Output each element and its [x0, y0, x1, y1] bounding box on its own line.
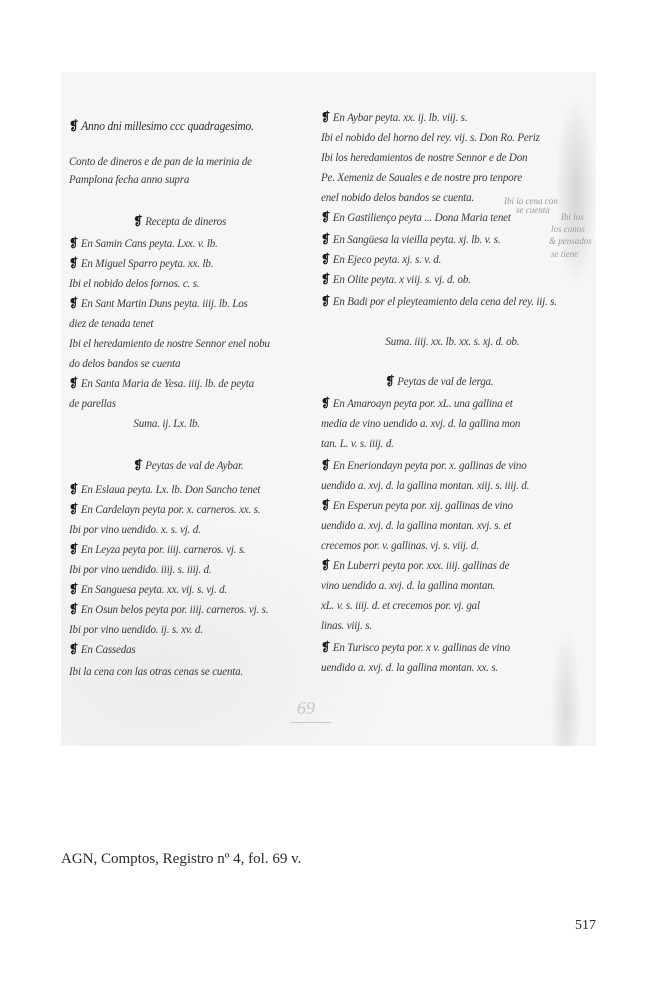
manuscript-line: uendido a. xvj. d. la gallina montan. xv… — [321, 518, 511, 533]
pilcrow-icon: ❡ — [69, 376, 78, 390]
manuscript-line-text: uendido a. xvj. d. la gallina montan. xi… — [321, 478, 529, 492]
manuscript-line: Ibi por vino uendido. x. s. vj. d. — [69, 522, 201, 537]
pilcrow-icon: ❡ — [69, 256, 78, 270]
manuscript-line: enel nobido delos bandos se cuenta. — [321, 190, 474, 205]
pilcrow-icon: ❡ — [69, 236, 78, 250]
pilcrow-icon: ❡ — [321, 640, 330, 654]
pilcrow-icon: ❡ — [321, 558, 330, 572]
manuscript-line: ❡En Turisco peyta por. x v. gallinas de … — [321, 640, 510, 655]
manuscript-line-text: do delos bandos se cuenta — [69, 356, 180, 370]
manuscript-line-text: enel nobido delos bandos se cuenta. — [321, 190, 474, 204]
manuscript-line: ❡Recepta de dineros — [69, 214, 226, 229]
manuscript-line-text: En Leyza peyta por. iiij. carneros. vj. … — [81, 542, 246, 556]
manuscript-line-text: Suma. iiij. xx. lb. xx. s. xj. d. ob. — [385, 334, 519, 348]
manuscript-line-text: Ibi por vino uendido. ij. s. xv. d. — [69, 622, 203, 636]
manuscript-line-text: Ibi por vino uendido. iiij. s. iiij. d. — [69, 562, 211, 576]
manuscript-line-text: En Badi por el pleyteamiento dela cena d… — [333, 294, 557, 308]
manuscript-line: uendido a. xvj. d. la gallina montan. xi… — [321, 478, 529, 493]
manuscript-line: Pamplona fecha anno supra — [69, 172, 189, 187]
manuscript-line: ❡En Eneriondayn peyta por. x. gallinas d… — [321, 458, 527, 473]
manuscript-line: Ibi el nobido del horno del rey. vij. s.… — [321, 130, 540, 145]
manuscript-line-text: En Osun belos peyta por. iiij. carneros.… — [81, 602, 269, 616]
pilcrow-icon: ❡ — [69, 582, 78, 596]
manuscript-line-text: En Aybar peyta. xx. ij. lb. viij. s. — [333, 110, 468, 124]
manuscript-line-text: Ibi el heredamiento de nostre Sennor ene… — [69, 336, 270, 350]
manuscript-line-text: En Samin Cans peyta. Lxx. v. lb. — [81, 236, 218, 250]
pilcrow-icon: ❡ — [69, 542, 78, 556]
manuscript-line: ❡En Sangüesa la vieilla peyta. xj. lb. v… — [321, 232, 500, 247]
manuscript-line: ❡En Leyza peyta por. iiij. carneros. vj.… — [69, 542, 246, 557]
manuscript-line-text: En Amaroayn peyta por. xL. una gallina e… — [333, 396, 513, 410]
manuscript-line: ❡En Eslaua peyta. Lx. lb. Don Sancho ten… — [69, 482, 260, 497]
manuscript-line: de parellas — [69, 396, 116, 411]
manuscript-line-text: En Eneriondayn peyta por. x. gallinas de… — [333, 458, 527, 472]
pilcrow-icon: ❡ — [321, 210, 330, 224]
pilcrow-icon: ❡ — [133, 214, 142, 228]
manuscript-line-text: Ibi los heredamientos de nostre Sennor e… — [321, 150, 527, 164]
pilcrow-icon: ❡ — [133, 458, 142, 472]
pilcrow-icon: ❡ — [321, 232, 330, 246]
manuscript-line: ❡En Cassedas — [69, 642, 136, 657]
manuscript-line: crecemos por. v. gallinas. vj. s. viij. … — [321, 538, 479, 553]
manuscript-line-text: En Olite peyta. x viij. s. vj. d. ob. — [333, 272, 471, 286]
manuscript-line-text: Suma. ij. Lx. lb. — [133, 416, 199, 430]
manuscript-line: ❡Anno dni millesimo ccc quadragesimo. — [69, 118, 254, 134]
manuscript-line-text: En Cassedas — [81, 642, 136, 656]
manuscript-line: Ibi el nobido delos fornos. c. s. — [69, 276, 199, 291]
manuscript-line-text: uendido a. xvj. d. la gallina montan. xx… — [321, 660, 498, 674]
manuscript-line: ❡En Esperun peyta por. xij. gallinas de … — [321, 498, 513, 513]
pilcrow-icon: ❡ — [321, 110, 330, 124]
manuscript-line-text: Pe. Xemeniz de Sauales e de nostre pro t… — [321, 170, 522, 184]
manuscript-line: Ibi por vino uendido. iiij. s. iiij. d. — [69, 562, 211, 577]
manuscript-line: Ibi la cena con las otras cenas se cuent… — [69, 664, 243, 679]
manuscript-line-text: tan. L. v. s. iiij. d. — [321, 436, 394, 450]
manuscript-line-text: En Santa Maria de Yesa. iiij. lb. de pey… — [81, 376, 254, 390]
pilcrow-icon: ❡ — [321, 294, 330, 308]
manuscript-line-text: de parellas — [69, 396, 116, 410]
manuscript-line: ❡En Olite peyta. x viij. s. vj. d. ob. — [321, 272, 471, 287]
manuscript-line-text: vino uendido a. xvj. d. la gallina monta… — [321, 578, 495, 592]
manuscript-line-text: Ibi por vino uendido. x. s. vj. d. — [69, 522, 201, 536]
manuscript-line-text: En Miguel Sparro peyta. xx. lb. — [81, 256, 213, 270]
manuscript-line: xL. v. s. iiij. d. et crecemos por. vj. … — [321, 598, 480, 613]
manuscript-line: linas. viij. s. — [321, 618, 372, 633]
manuscript-line-text: Recepta de dineros — [145, 214, 226, 228]
pilcrow-icon: ❡ — [69, 642, 78, 656]
manuscript-line-text: En Esperun peyta por. xij. gallinas de v… — [333, 498, 513, 512]
manuscript-line-text: uendido a. xvj. d. la gallina montan. xv… — [321, 518, 511, 532]
pilcrow-icon: ❡ — [321, 396, 330, 410]
manuscript-line: ❡En Aybar peyta. xx. ij. lb. viij. s. — [321, 110, 467, 125]
manuscript-line: ❡En Santa Maria de Yesa. iiij. lb. de pe… — [69, 376, 254, 391]
manuscript-line: do delos bandos se cuenta — [69, 356, 180, 371]
manuscript-line: ❡En Osun belos peyta por. iiij. carneros… — [69, 602, 268, 617]
pilcrow-icon: ❡ — [321, 252, 330, 266]
margin-note: los conos — [551, 224, 585, 235]
pilcrow-icon: ❡ — [69, 296, 78, 310]
pilcrow-icon: ❡ — [385, 374, 394, 388]
manuscript-line: ❡Peytas de val de Aybar. — [69, 458, 244, 473]
manuscript-line: Suma. iiij. xx. lb. xx. s. xj. d. ob. — [321, 334, 519, 349]
manuscript-line: ❡En Amaroayn peyta por. xL. una gallina … — [321, 396, 513, 411]
manuscript-line: Suma. ij. Lx. lb. — [69, 416, 200, 431]
manuscript-line: ❡En Luberri peyta por. xxx. iiij. gallin… — [321, 558, 509, 573]
manuscript-line-text: Pamplona fecha anno supra — [69, 172, 189, 186]
manuscript-line: uendido a. xvj. d. la gallina montan. xx… — [321, 660, 498, 675]
manuscript-line: Ibi por vino uendido. ij. s. xv. d. — [69, 622, 203, 637]
manuscript-line: ❡En Gastilienço peyta ... Dona Maria ten… — [321, 210, 511, 225]
manuscript-line: tan. L. v. s. iiij. d. — [321, 436, 394, 451]
manuscript-line: Conto de dineros e de pan de la merinia … — [69, 154, 252, 169]
manuscript-line-text: Conto de dineros e de pan de la merinia … — [69, 154, 252, 168]
manuscript-line: ❡En Sant Martin Duns peyta. iiij. lb. Lo… — [69, 296, 248, 311]
margin-note: & pensados — [549, 236, 592, 247]
margin-note: se cuenta — [516, 205, 550, 216]
figure-caption: AGN, Comptos, Registro nº 4, fol. 69 v. — [61, 851, 301, 868]
margin-note: se tiene — [551, 249, 578, 260]
manuscript-line: Pe. Xemeniz de Sauales e de nostre pro t… — [321, 170, 522, 185]
manuscript-line-text: En Sanguesa peyta. xx. vij. s. vj. d. — [81, 582, 227, 596]
pilcrow-icon: ❡ — [321, 498, 330, 512]
manuscript-line-text: Peytas de val de Aybar. — [145, 458, 243, 472]
pilcrow-icon: ❡ — [69, 502, 78, 516]
manuscript-line: ❡En Miguel Sparro peyta. xx. lb. — [69, 256, 213, 271]
manuscript-line-text: Anno dni millesimo ccc quadragesimo. — [81, 119, 254, 133]
manuscript-line: ❡En Samin Cans peyta. Lxx. v. lb. — [69, 236, 218, 251]
manuscript-image: ❡Anno dni millesimo ccc quadragesimo.Con… — [61, 72, 596, 746]
manuscript-line-text: En Turisco peyta por. x v. gallinas de v… — [333, 640, 510, 654]
manuscript-line: ❡En Ejeco peyta. xj. s. v. d. — [321, 252, 441, 267]
manuscript-line-text: diez de tenada tenet — [69, 316, 153, 330]
folio-underline — [291, 722, 331, 723]
manuscript-line: Ibi el heredamiento de nostre Sennor ene… — [69, 336, 270, 351]
manuscript-line: Ibi los heredamientos de nostre Sennor e… — [321, 150, 527, 165]
manuscript-line-text: Ibi el nobido del horno del rey. vij. s.… — [321, 130, 540, 144]
manuscript-line-text: Ibi la cena con las otras cenas se cuent… — [69, 664, 243, 678]
pilcrow-icon: ❡ — [69, 602, 78, 616]
manuscript-line-text: Ibi el nobido delos fornos. c. s. — [69, 276, 199, 290]
manuscript-line: ❡En Badi por el pleyteamiento dela cena … — [321, 294, 557, 309]
manuscript-line-text: En Sant Martin Duns peyta. iiij. lb. Los — [81, 296, 248, 310]
manuscript-line-text: linas. viij. s. — [321, 618, 372, 632]
manuscript-line-text: En Gastilienço peyta ... Dona Maria tene… — [333, 210, 511, 224]
manuscript-line: media de vino uendido a. xvj. d. la gall… — [321, 416, 520, 431]
manuscript-line-text: En Ejeco peyta. xj. s. v. d. — [333, 252, 441, 266]
pilcrow-icon: ❡ — [321, 458, 330, 472]
manuscript-line-text: En Luberri peyta por. xxx. iiij. gallina… — [333, 558, 509, 572]
manuscript-line: ❡En Cardelayn peyta por. x. carneros. xx… — [69, 502, 260, 517]
manuscript-line: vino uendido a. xvj. d. la gallina monta… — [321, 578, 495, 593]
manuscript-line: diez de tenada tenet — [69, 316, 153, 331]
margin-note: Ibi los — [561, 212, 584, 223]
manuscript-line-text: crecemos por. v. gallinas. vj. s. viij. … — [321, 538, 479, 552]
pilcrow-icon: ❡ — [69, 482, 78, 496]
page-number: 517 — [575, 918, 596, 934]
manuscript-line-text: En Cardelayn peyta por. x. carneros. xx.… — [81, 502, 261, 516]
manuscript-line-text: En Eslaua peyta. Lx. lb. Don Sancho tene… — [81, 482, 261, 496]
folio-number: 69 — [297, 698, 315, 719]
manuscript-line-text: xL. v. s. iiij. d. et crecemos por. vj. … — [321, 598, 480, 612]
pilcrow-icon: ❡ — [69, 119, 78, 133]
manuscript-line-text: Peytas de val de lerga. — [397, 374, 493, 388]
manuscript-line-text: En Sangüesa la vieilla peyta. xj. lb. v.… — [333, 232, 501, 246]
pilcrow-icon: ❡ — [321, 272, 330, 286]
manuscript-line: ❡En Sanguesa peyta. xx. vij. s. vj. d. — [69, 582, 227, 597]
manuscript-line-text: media de vino uendido a. xvj. d. la gall… — [321, 416, 520, 430]
manuscript-line: ❡Peytas de val de lerga. — [321, 374, 493, 389]
